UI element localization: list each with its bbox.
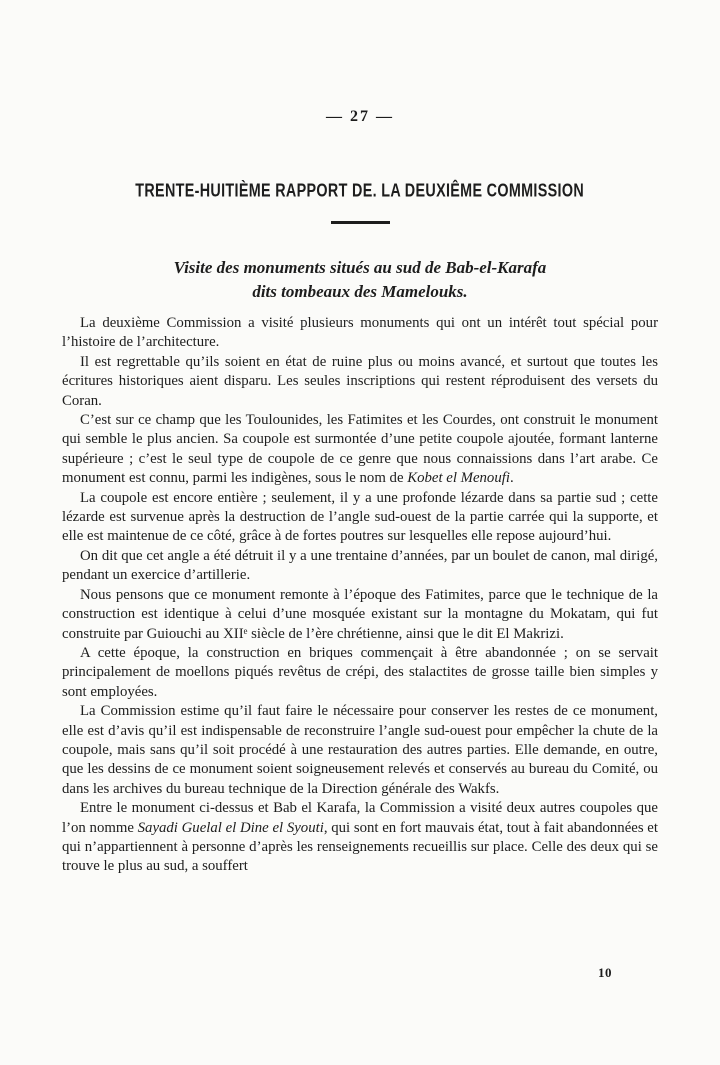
proper-name-italic: Sayadi Guelal el Dine el Syouti [138,820,324,836]
paragraph: La Commission estime qu’il faut faire le… [62,702,658,799]
report-title-text: TRENTE-HUITIÈME RAPPORT DE. LA DEUXIÊME … [136,179,585,202]
text-run: A cette époque, la construction en briqu… [62,645,658,700]
text-run: Il est regrettable qu’ils soient en état… [62,354,658,409]
paragraph: Il est regrettable qu’ils soient en état… [62,353,658,411]
report-body: La deuxième Commission a visité plusieur… [62,314,658,877]
paragraph: Nous pensons que ce monument remonte à l… [62,586,658,644]
text-run: . [510,470,514,486]
subtitle-line-2: dits tombeaux des Mamelouks. [0,280,720,304]
text-run: La Commission estime qu’il faut faire le… [62,703,658,797]
header-page-number: — 27 — [0,108,720,126]
report-title: TRENTE-HUITIÈME RAPPORT DE. LA DEUXIÊME … [0,179,720,200]
text-run: La deuxième Commission a visité plusieur… [62,315,658,350]
text-run: La coupole est encore entière ; seulemen… [62,490,658,545]
title-divider-rule [331,221,390,224]
text-run: On dit que cet angle a été détruit il y … [62,548,658,583]
text-run: Nous pensons que ce monument remonte à l… [62,587,658,642]
paragraph: La deuxième Commission a visité plusieur… [62,314,658,353]
paragraph: La coupole est encore entière ; seulemen… [62,489,658,547]
paragraph: A cette époque, la construction en briqu… [62,644,658,702]
paragraph: C’est sur ce champ que les Toulounides, … [62,411,658,489]
proper-name-italic: Kobet el Menoufi [407,470,510,486]
subtitle-line-1: Visite des monuments situés au sud de Ba… [0,256,720,280]
footer-signature-number: 10 [598,965,612,981]
paragraph: On dit que cet angle a été détruit il y … [62,547,658,586]
paragraph: Entre le monument ci-dessus et Bab el Ka… [62,799,658,877]
text-run: C’est sur ce champ que les Toulounides, … [62,412,658,486]
report-subtitle: Visite des monuments situés au sud de Ba… [0,256,720,304]
page: — 27 — TRENTE-HUITIÈME RAPPORT DE. LA DE… [0,0,720,1065]
